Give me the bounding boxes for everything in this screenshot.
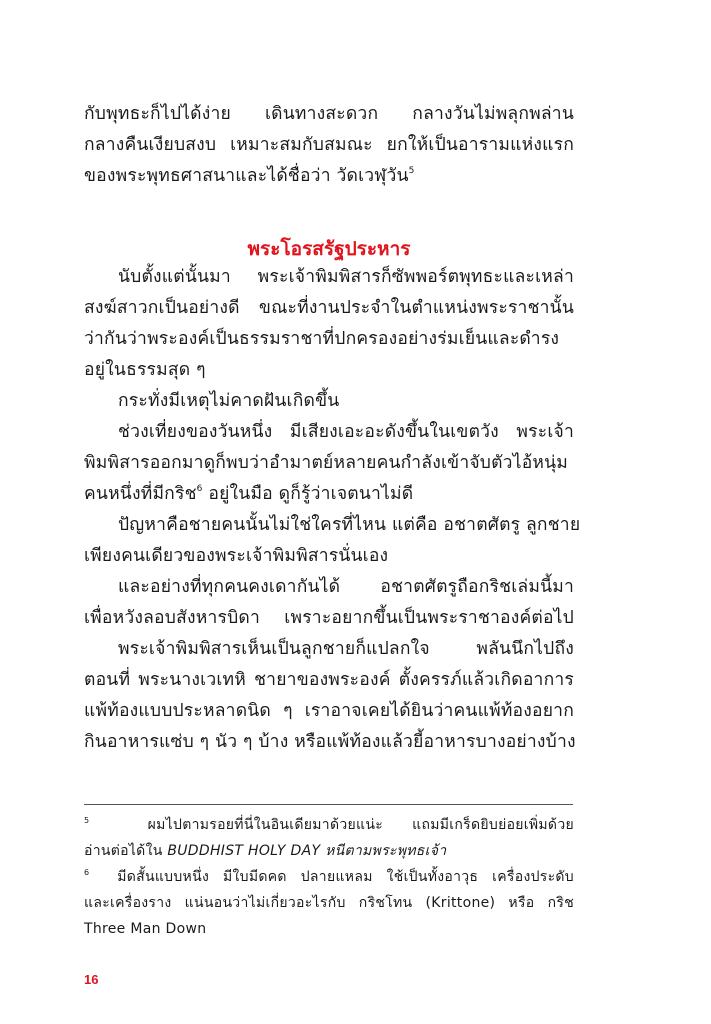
book-title: BUDDHIST HOLY DAY หนีตามพระพุทธเจ้า <box>167 843 446 859</box>
footnote-6: 6 มีดสั้นแบบหนึ่ง มีใบมีดคด ปลายแหลม ใช้… <box>84 864 574 890</box>
body-line: ช่วงเที่ยงของวันหนึ่ง มีเสียงเอะอะดังขึ้… <box>84 417 574 448</box>
body-text: คนหนึ่งที่มีกริช <box>84 484 197 504</box>
intro-paragraph: กับพุทธะก็ไปได้ง่าย เดินทางสะดวก กลางวัน… <box>84 99 574 192</box>
body-line: กลางคืนเงียบสงบ เหมาะสมกับสมณะ ยกให้เป็น… <box>84 130 574 161</box>
footnote-6-cont: และเครื่องราง แน่นอนว่าไม่เกี่ยวอะไรกับ … <box>84 890 574 916</box>
body-line: กระทั่งมีเหตุไม่คาดฝันเกิดขึ้น <box>84 386 574 417</box>
body-line: สงฆ์สาวกเป็นอย่างดี ขณะที่งานประจำในตำแห… <box>84 293 574 324</box>
section-body: นับตั้งแต่นั้นมา พระเจ้าพิมพิสารก็ซัพพอร… <box>84 262 574 758</box>
footnote-number: 5 <box>84 816 89 825</box>
body-line: และอย่างที่ทุกคนคงเดากันได้ อชาตศัตรูถือ… <box>84 572 574 603</box>
footnote-5: 5 ผมไปตามรอยที่นี่ในอินเดียมาด้วยแน่ะ แถ… <box>84 812 574 838</box>
footnote-number: 6 <box>84 868 89 877</box>
footnote-6-cont: Three Man Down <box>84 916 574 942</box>
body-line: พระเจ้าพิมพิสารเห็นเป็นลูกชายก็แปลกใจ พล… <box>84 634 574 665</box>
footnote-5-cont: อ่านต่อได้ใน BUDDHIST HOLY DAY หนีตามพระ… <box>84 838 574 864</box>
footnote-text: อ่านต่อได้ใน <box>84 843 167 859</box>
body-line: ปัญหาคือชายคนนั้นไม่ใช่ใครที่ไหน แต่คือ … <box>84 510 574 541</box>
body-line: ของพระพุทธศาสนาและได้ชื่อว่า วัดเวฬุวัน5 <box>84 161 574 192</box>
footnotes: 5 ผมไปตามรอยที่นี่ในอินเดียมาด้วยแน่ะ แถ… <box>84 812 574 942</box>
body-text: ของพระพุทธศาสนาและได้ชื่อว่า วัดเวฬุวัน <box>84 166 409 186</box>
body-line: เพื่อหวังลอบสังหารบิดา เพราะอยากขึ้นเป็น… <box>84 603 574 634</box>
body-line: ว่ากันว่าพระองค์เป็นธรรมราชาที่ปกครองอย่… <box>84 324 574 355</box>
footnote-text: ผมไปตามรอยที่นี่ในอินเดียมาด้วยแน่ะ แถมม… <box>148 817 574 833</box>
body-line: คนหนึ่งที่มีกริช6 อยู่ในมือ ดูก็รู้ว่าเจ… <box>84 479 574 510</box>
body-line: แพ้ท้องแบบประหลาดนิด ๆ เราอาจเคยได้ยินว่… <box>84 696 574 727</box>
body-text: อยู่ในมือ ดูก็รู้ว่าเจตนาไม่ดี <box>203 484 414 504</box>
footnote-divider <box>84 804 573 805</box>
body-line: กับพุทธะก็ไปได้ง่าย เดินทางสะดวก กลางวัน… <box>84 99 574 130</box>
footnote-text: มีดสั้นแบบหนึ่ง มีใบมีดคด ปลายแหลม ใช้เป… <box>117 869 574 885</box>
page-number: 16 <box>84 972 98 987</box>
section-heading: พระโอรสรัฐประหาร <box>84 236 574 262</box>
body-line: อยู่ในธรรมสุด ๆ <box>84 355 574 386</box>
body-line: กินอาหารแซ่บ ๆ นัว ๆ บ้าง หรือแพ้ท้องแล้… <box>84 727 574 758</box>
body-line: นับตั้งแต่นั้นมา พระเจ้าพิมพิสารก็ซัพพอร… <box>84 262 574 293</box>
footnote-ref-5[interactable]: 5 <box>409 166 415 176</box>
body-line: พิมพิสารออกมาดูก็พบว่าอำมาตย์หลายคนกำลัง… <box>84 448 574 479</box>
body-line: ตอนที่ พระนางเวเทหิ ชายาของพระองค์ ตั้งค… <box>84 665 574 696</box>
body-line: เพียงคนเดียวของพระเจ้าพิมพิสารนั่นเอง <box>84 541 574 572</box>
